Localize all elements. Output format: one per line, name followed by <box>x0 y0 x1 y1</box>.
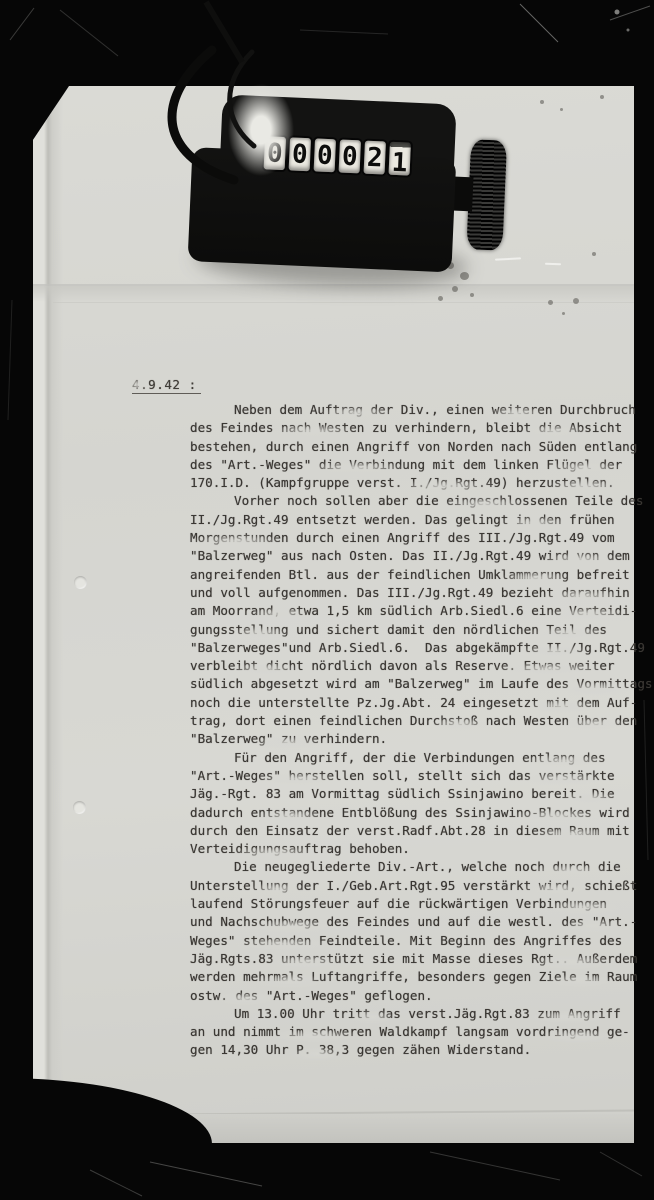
typewritten-line: "Balzerweges"und Arb.Siedl.6. Das abgekä… <box>190 639 653 657</box>
typewritten-line: des Feindes nach Westen zu verhindern, b… <box>190 419 653 437</box>
glare-highlight <box>228 84 294 176</box>
dirt-speck <box>562 312 565 315</box>
typewritten-line: dadurch entstandene Entblößung des Ssinj… <box>190 804 653 822</box>
dirt-speck <box>560 108 563 111</box>
dirt-speck <box>548 300 553 305</box>
typewritten-line: Weges" stehenden Feindteile. Mit Beginn … <box>190 932 653 950</box>
typewritten-line: angreifenden Btl. aus der feindlichen Um… <box>190 566 653 584</box>
typewritten-line: noch die unterstellte Pz.Jg.Abt. 24 eing… <box>190 694 653 712</box>
dirt-speck <box>592 252 596 256</box>
typewritten-line: durch den Einsatz der verst.Radf.Abt.28 … <box>190 822 653 840</box>
typewritten-line: ostw. des "Art.-Weges" geflogen. <box>190 987 653 1005</box>
typewritten-line: an und nimmt im schweren Waldkampf langs… <box>190 1023 653 1041</box>
typewritten-line: südlich abgesetzt wird am "Balzerweg" im… <box>190 675 653 693</box>
typewritten-line: Für den Angriff, der die Verbindungen en… <box>190 749 653 767</box>
typewritten-line: Verteidigungsauftrag behoben. <box>190 840 653 858</box>
typewritten-line: laufend Störungsfeuer auf die rückwärtig… <box>190 895 653 913</box>
dirt-speck <box>438 296 443 301</box>
typewritten-line: "Balzerweg" zu verhindern. <box>190 730 653 748</box>
typewritten-line: "Balzerweg" aus nach Osten. Das II./Jg.R… <box>190 547 653 565</box>
typewritten-line: Unterstellung der I./Geb.Art.Rgt.95 vers… <box>190 877 653 895</box>
dirt-speck <box>600 95 604 99</box>
date-heading: 4.9.42 : <box>132 377 201 394</box>
typewritten-line: Jäg.Rgts.83 unterstützt sie mit Masse di… <box>190 950 653 968</box>
counter-digit: 1 <box>389 142 411 176</box>
typewritten-line: Die neugegliederte Div.-Art., welche noc… <box>190 858 653 876</box>
dirt-speck <box>470 293 474 297</box>
sheet-edge <box>53 302 634 303</box>
counter-digit: 0 <box>314 138 336 172</box>
holding-wire <box>206 2 242 62</box>
punch-hole <box>74 576 87 589</box>
dirt-speck <box>540 100 544 104</box>
page-left-edge <box>33 86 63 1145</box>
punch-hole <box>73 801 86 814</box>
typewritten-line: gen 14,30 Uhr P. 38,3 gegen zähen Widers… <box>190 1041 653 1059</box>
paragraph: Vorher noch sollen aber die eingeschloss… <box>190 492 653 748</box>
typewritten-text: Neben dem Auftrag der Div., einen weiter… <box>190 401 653 1060</box>
typewritten-line: und voll aufgenommen. Das III./Jg.Rgt.49… <box>190 584 653 602</box>
typewritten-line: gungsstellung und sichert damit den nörd… <box>190 621 653 639</box>
scanned-photograph: 4.9.42 : Neben dem Auftrag der Div., ein… <box>0 0 654 1200</box>
typewritten-line: am Moorrand, etwa 1,5 km südlich Arb.Sie… <box>190 602 653 620</box>
typewritten-line: II./Jg.Rgt.49 entsetzt werden. Das gelin… <box>190 511 653 529</box>
typewritten-line: verbleibt dicht nördlich davon als Reser… <box>190 657 653 675</box>
typewritten-line: Um 13.00 Uhr tritt das verst.Jäg.Rgt.83 … <box>190 1005 653 1023</box>
paragraph: Für den Angriff, der die Verbindungen en… <box>190 749 653 859</box>
paragraph: Um 13.00 Uhr tritt das verst.Jäg.Rgt.83 … <box>190 1005 653 1060</box>
dirt-speck <box>573 298 579 304</box>
typewritten-line: trag, dort einen feindlichen Durchstoß n… <box>190 712 653 730</box>
backdrop-bottom <box>0 1143 654 1200</box>
typewritten-line: 170.I.D. (Kampfgruppe verst. I./Jg.Rgt.4… <box>190 474 653 492</box>
paragraph: Neben dem Auftrag der Div., einen weiter… <box>190 401 653 492</box>
counter-digit: 2 <box>364 141 386 175</box>
sheet-edge-shadow <box>33 286 634 302</box>
typewritten-line: Vorher noch sollen aber die eingeschloss… <box>190 492 653 510</box>
typewritten-line: Neben dem Auftrag der Div., einen weiter… <box>190 401 653 419</box>
typewritten-line: "Art.-Weges" herstellen soll, stellt sic… <box>190 767 653 785</box>
typewritten-line: des "Art.-Weges" die Verbindung mit dem … <box>190 456 653 474</box>
typewritten-line: werden mehrmals Luftangriffe, besonders … <box>190 968 653 986</box>
typewritten-line: und Nachschubwege des Feindes und auf di… <box>190 913 653 931</box>
counter-digit: 0 <box>339 140 361 174</box>
typewritten-line: Morgenstunden durch einen Angriff des II… <box>190 529 653 547</box>
paragraph: Die neugegliederte Div.-Art., welche noc… <box>190 858 653 1004</box>
dirt-speck <box>452 286 458 292</box>
typewritten-line: Jäg.-Rgt. 83 am Vormittag südlich Ssinja… <box>190 785 653 803</box>
typewritten-line: bestehen, durch einen Angriff von Norden… <box>190 438 653 456</box>
